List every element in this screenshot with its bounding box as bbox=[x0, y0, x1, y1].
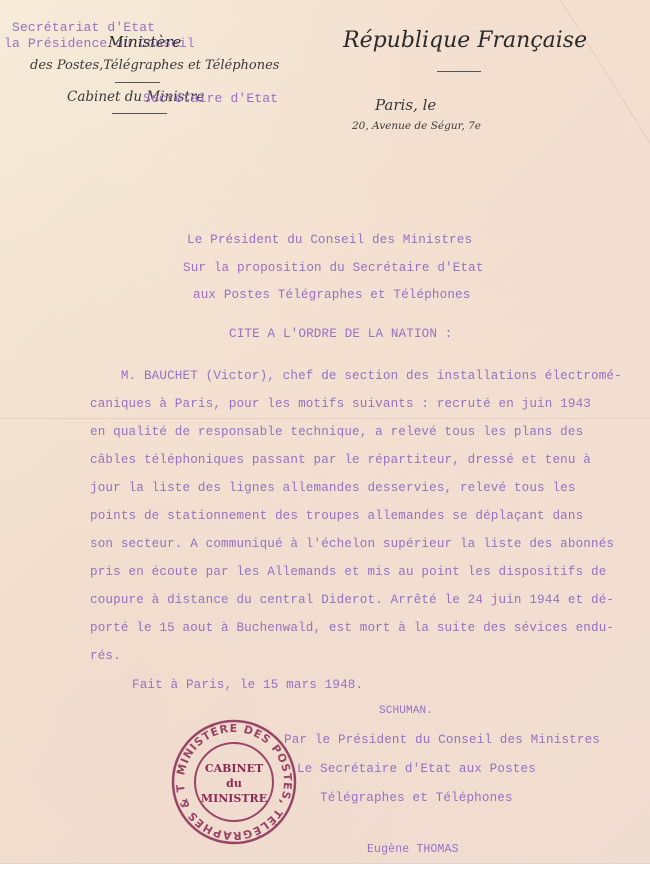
svg-text:CABINET: CABINET bbox=[205, 762, 264, 775]
printed-department: des Postes,Télégraphes et Téléphones bbox=[30, 58, 279, 73]
republique-francaise: République Française bbox=[343, 28, 587, 53]
countersign-line3: Télégraphes et Téléphones bbox=[320, 791, 513, 805]
preamble-line2: Sur la proposition du Secrétaire d'Etat bbox=[183, 261, 484, 275]
countersign-line2: Le Secrétaire d'Etat aux Postes bbox=[297, 762, 536, 776]
body-line: pris en écoute par les Allemands et mis … bbox=[90, 565, 606, 579]
address: 20, Avenue de Ségur, 7e bbox=[352, 120, 481, 132]
printed-ministere: Ministère bbox=[108, 33, 181, 51]
body-line: porté le 15 aout à Buchenwald, est mort … bbox=[90, 621, 614, 635]
body-line: points de stationnement des troupes alle… bbox=[90, 509, 583, 523]
typed-overlay-secretaire: Secrétaire d'Etat bbox=[143, 91, 278, 106]
paper-fold bbox=[0, 418, 650, 419]
signature-thomas: Eugène THOMAS bbox=[367, 843, 459, 856]
body-line: M. BAUCHET (Victor), chef de section des… bbox=[90, 369, 622, 383]
signature-schuman: SCHUMAN. bbox=[379, 705, 433, 717]
body-line: en qualité de responsable technique, a r… bbox=[90, 425, 583, 439]
citation-heading: CITE A L'ORDRE DE LA NATION : bbox=[229, 327, 453, 341]
body-line: jour la liste des lignes allemandes dess… bbox=[90, 481, 576, 495]
body-line: câbles téléphoniques passant par le répa… bbox=[90, 453, 591, 467]
svg-text:du: du bbox=[226, 777, 242, 790]
letterhead-rule bbox=[437, 71, 481, 72]
body-line: caniques à Paris, pour les motifs suivan… bbox=[90, 397, 591, 411]
place-paris: Paris, le bbox=[375, 96, 436, 114]
svg-text:MINISTRE: MINISTRE bbox=[201, 792, 267, 805]
preamble-line3: aux Postes Télégraphes et Téléphones bbox=[193, 288, 470, 302]
countersign-line1: Par le Président du Conseil des Ministre… bbox=[284, 733, 600, 747]
document-page: Secrétariat d'Etat la Présidence du Cons… bbox=[0, 0, 650, 864]
letterhead-rule bbox=[112, 113, 167, 114]
date-line: Fait à Paris, le 15 mars 1948. bbox=[132, 678, 363, 692]
body-line: son secteur. A communiqué à l'échelon su… bbox=[90, 537, 614, 551]
stamp-seal-icon: MINISTÈRE DES POSTES, TÉLÉGRAPHES & TÉLÉ… bbox=[170, 718, 298, 846]
letterhead-rule bbox=[115, 82, 160, 83]
ministry-stamp: MINISTÈRE DES POSTES, TÉLÉGRAPHES & TÉLÉ… bbox=[170, 718, 298, 846]
body-line: coupure à distance du central Diderot. A… bbox=[90, 593, 614, 607]
body-line: rés. bbox=[90, 649, 121, 663]
preamble-line1: Le Président du Conseil des Ministres bbox=[187, 233, 472, 247]
